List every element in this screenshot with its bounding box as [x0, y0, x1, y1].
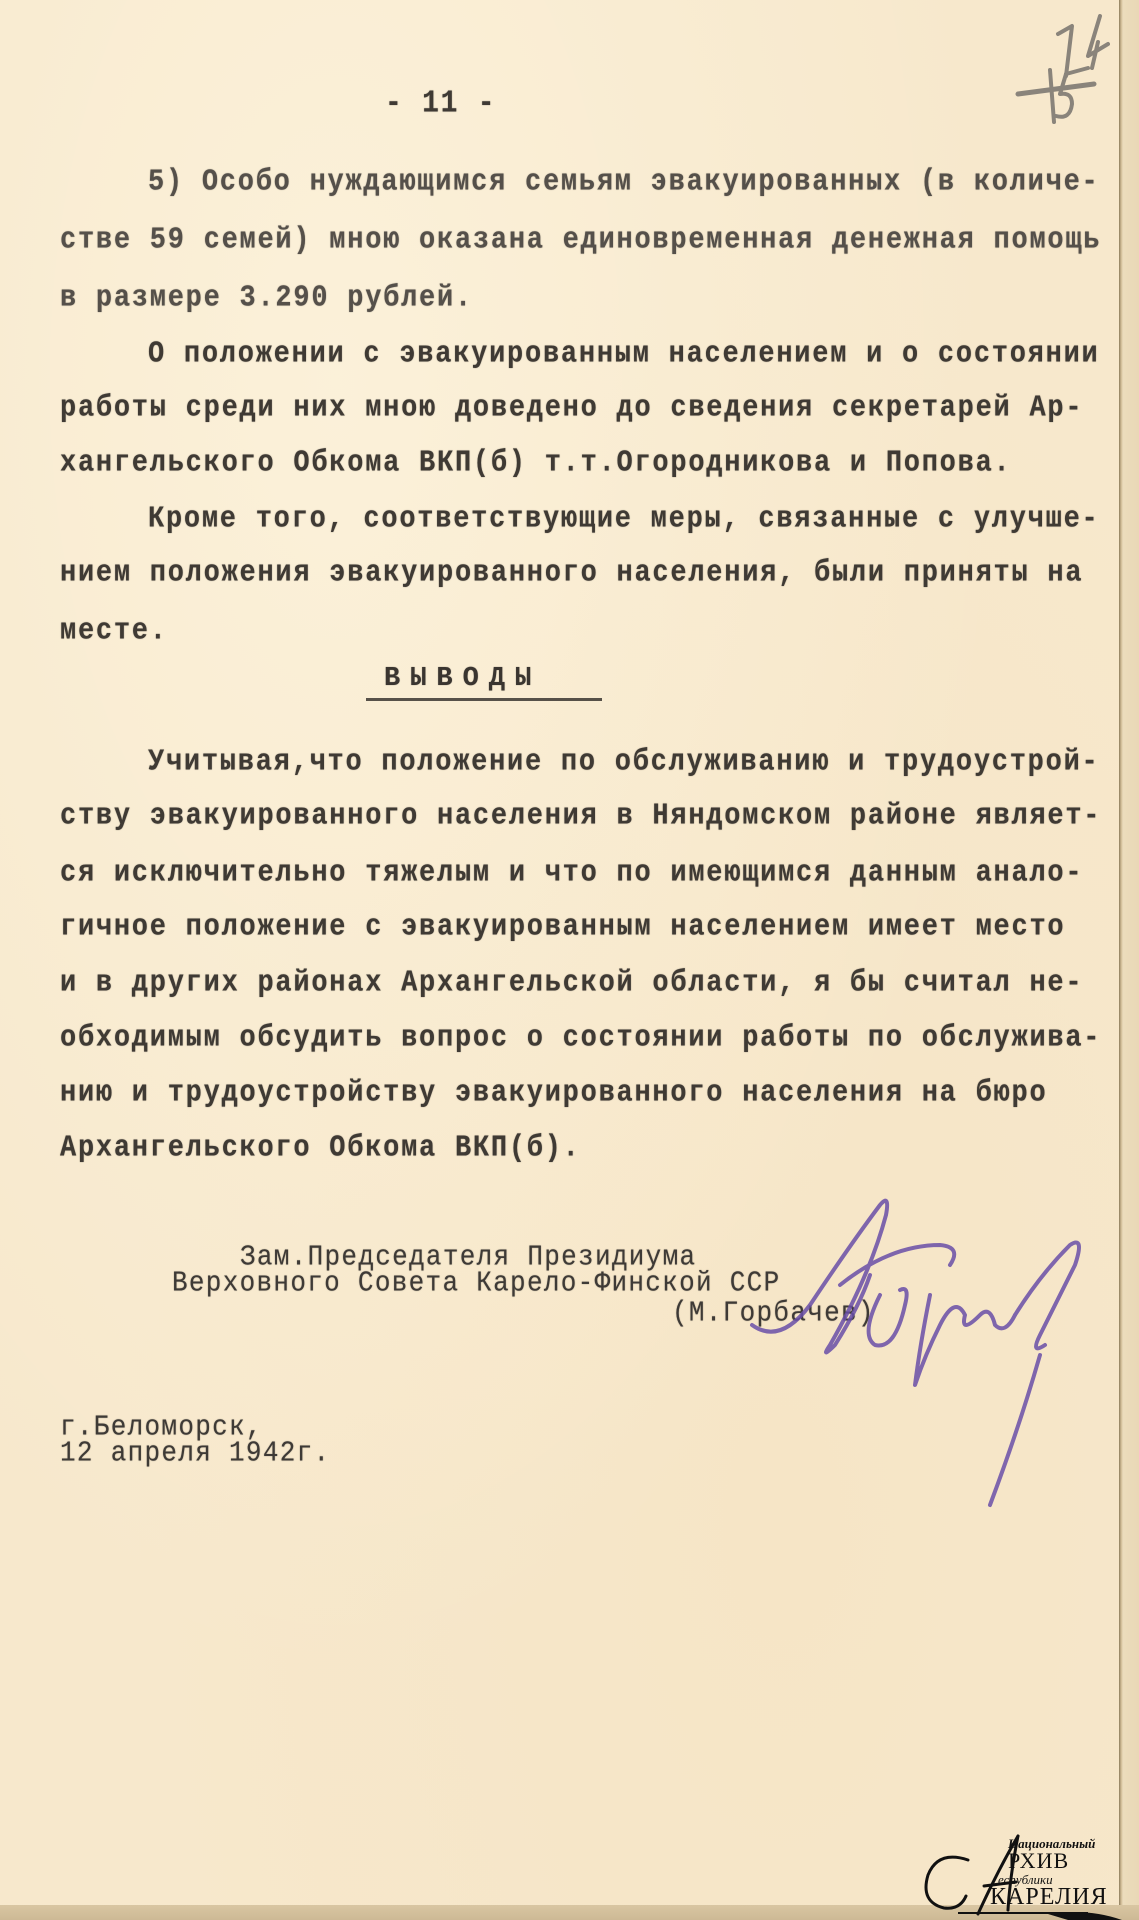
page-number: - 11 - — [385, 88, 496, 122]
signature-icon — [740, 1185, 1100, 1515]
foliation-mark — [1010, 4, 1110, 124]
logo-line-2: РХИВ — [1008, 1848, 1069, 1874]
paragraph-line: месте. — [60, 615, 168, 649]
handwritten-signature — [740, 1185, 1100, 1515]
logo-rule — [958, 1912, 1088, 1914]
paragraph-line: стве 59 семей) мною оказана единовременн… — [60, 224, 1101, 258]
date: 12 апреля 1942г. — [60, 1436, 330, 1470]
paragraph-line: Учитывая,что положение по обслуживанию и… — [148, 746, 1100, 780]
paragraph-line: ству эвакуированного населения в Няндомс… — [60, 800, 1101, 834]
paragraph-line: гичное положение с эвакуированным населе… — [60, 911, 1065, 945]
page-edge — [1119, 0, 1139, 1920]
paragraph-line: нием положения эвакуированного населения… — [60, 557, 1083, 591]
heading-underline — [366, 698, 602, 701]
signatory-title-line-2: Верховного Совета Карело-Финской ССР — [172, 1266, 781, 1300]
paragraph-line: О положении с эвакуированным населением … — [148, 338, 1100, 372]
pencil-number-icon — [1010, 4, 1110, 124]
paragraph-line: Кроме того, соответствующие меры, связан… — [148, 503, 1100, 537]
paragraph-line: 5) Особо нуждающимся семьям эвакуированн… — [148, 166, 1100, 200]
paragraph-line: работы среди них мною доведено до сведен… — [60, 392, 1083, 426]
logo-line-4: КАРЕЛИЯ — [990, 1884, 1108, 1911]
paragraph-line: в размере 3.290 рублей. — [60, 282, 473, 316]
archive-logo: Национальный РХИВ еспублики КАРЕЛИЯ — [898, 1830, 1123, 1920]
paragraph-line: ся исключительно тяжелым и что по имеющи… — [60, 857, 1083, 891]
paragraph-line: нию и трудоустройству эвакуированного на… — [60, 1077, 1047, 1111]
section-heading-conclusions: ВЫВОДЫ — [384, 664, 541, 694]
paragraph-line: обходимым обсудить вопрос о состоянии ра… — [60, 1022, 1101, 1056]
paragraph-line: и в других районах Архангельской области… — [60, 967, 1083, 1001]
paragraph-line: Архангельского Обкома ВКП(б). — [60, 1132, 581, 1166]
paragraph-line: хангельского Обкома ВКП(б) т.т.Огородник… — [60, 447, 1012, 481]
